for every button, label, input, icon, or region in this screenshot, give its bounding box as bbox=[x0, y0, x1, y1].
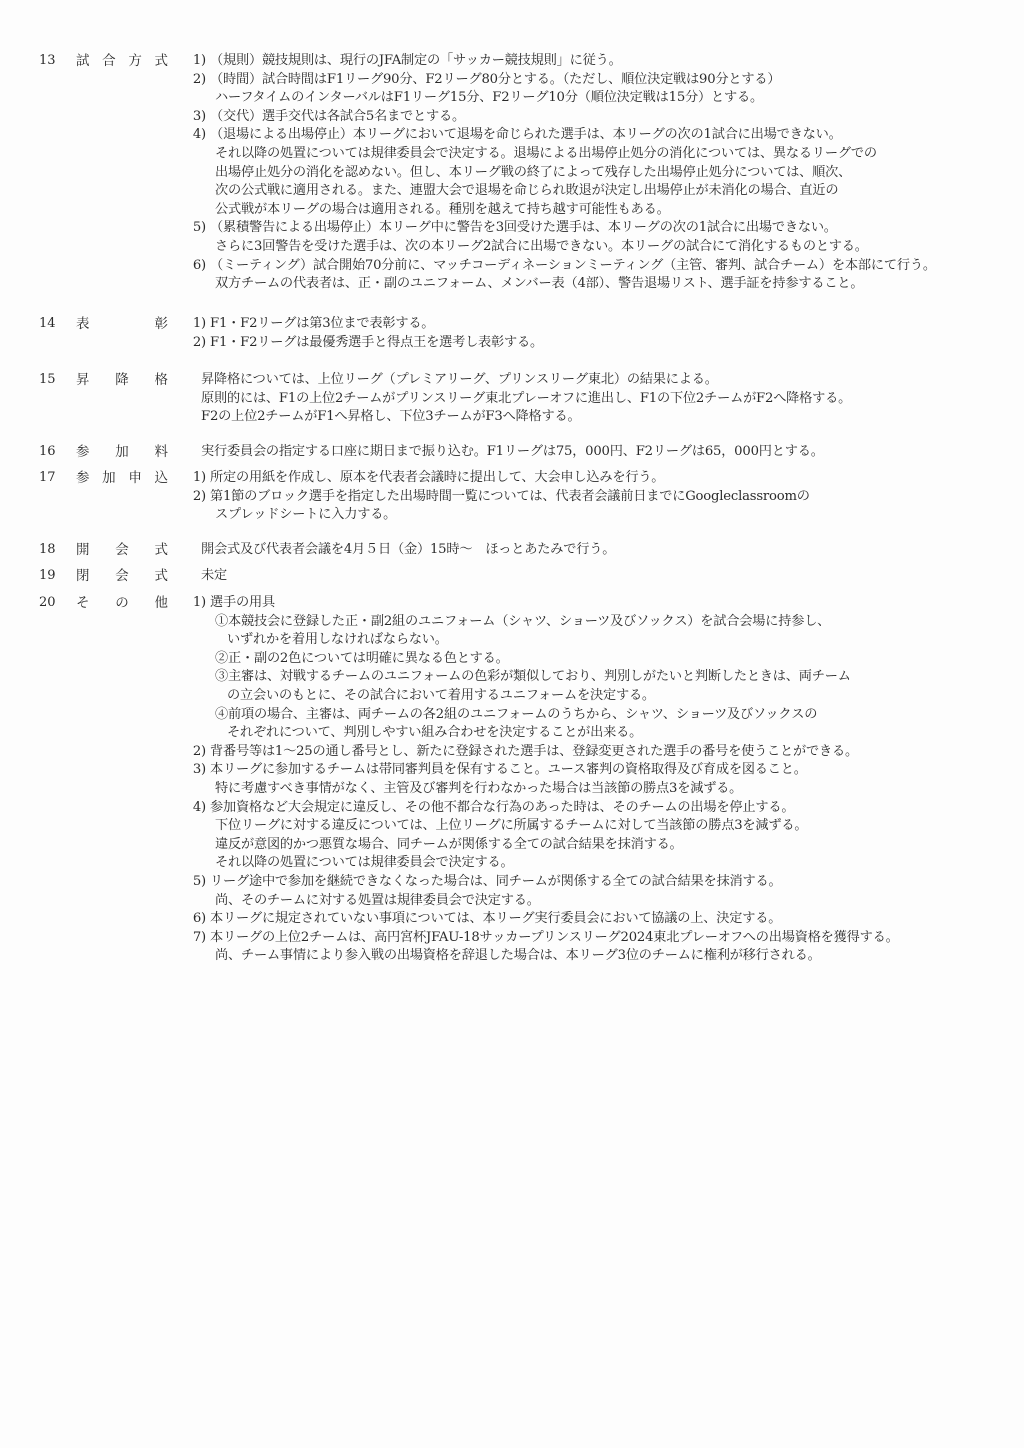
clause-text: スプレッドシートに入力する。 bbox=[215, 506, 396, 525]
clause-text: ①本競技会に登録した正・副2組のユニフォーム（シャツ、ショーツ及びソックス）を試… bbox=[215, 613, 830, 632]
section-label-char: の bbox=[115, 594, 129, 613]
clause-text: 次の公式戦に適用される。また、連盟大会で退場を命じられ敗退が決定し出場停止が未消… bbox=[215, 182, 838, 201]
clause-line: 3)本リーグに参加するチームは帯同審判員を保有すること。ユース審判の資格取得及び… bbox=[188, 761, 1008, 780]
clause-line: 6)（ミーティング）試合開始70分前に、マッチコーディネーションミーティング（主… bbox=[188, 257, 1008, 276]
clause-text: 昇降格については、上位リーグ（プレミアリーグ、プリンスリーグ東北）の結果による。 bbox=[201, 371, 718, 390]
section-number: 16 bbox=[39, 443, 69, 462]
clause-line: 4)参加資格など大会規定に違反し、その他不都合な行為のあった時は、そのチームの出… bbox=[188, 799, 1008, 818]
section-20: 20その他1)選手の用具①本競技会に登録した正・副2組のユニフォーム（シャツ、シ… bbox=[0, 594, 1024, 966]
clause-line: 1)（規則）競技規則は、現行のJFA制定の「サッカー競技規則」に従う。 bbox=[188, 52, 1008, 71]
clause-text: 尚、チーム事情により参入戦の出場資格を辞退した場合は、本リーグ3位のチームに権利… bbox=[215, 947, 821, 966]
section-label-char: 開 bbox=[76, 541, 90, 560]
section-18: 18開会式開会式及び代表者会議を4月５日（金）15時～ ほっとあたみで行う。 bbox=[0, 541, 1024, 560]
clause-index: 5) bbox=[188, 873, 206, 892]
clause-line: 公式戦が本リーグの場合は適用される。種別を越えて持ち越す可能性もある。 bbox=[188, 201, 1008, 220]
clause-text: 所定の用紙を作成し、原本を代表者会議時に提出して、大会申し込みを行う。 bbox=[210, 469, 664, 488]
clause-text: （退場による出場停止）本リーグにおいて退場を命じられた選手は、本リーグの次の1試… bbox=[210, 126, 842, 145]
section-label: その他 bbox=[76, 594, 168, 613]
section-label-char: 合 bbox=[102, 52, 116, 71]
section-label-char: 込 bbox=[154, 469, 168, 488]
section-13: 13試合方式1)（規則）競技規則は、現行のJFA制定の「サッカー競技規則」に従う… bbox=[0, 52, 1024, 294]
clause-index: 3) bbox=[188, 761, 206, 780]
clause-text: リーグ途中で参加を継続できなくなった場合は、同チームが関係する全ての試合結果を抹… bbox=[210, 873, 781, 892]
clause-index: 6) bbox=[188, 257, 206, 276]
clause-line: いずれかを着用しなければならない。 bbox=[188, 631, 1008, 650]
clause-text: （規則）競技規則は、現行のJFA制定の「サッカー競技規則」に従う。 bbox=[210, 52, 622, 71]
clause-text: の立会いのもとに、その試合において着用するユニフォームを決定する。 bbox=[227, 687, 655, 706]
clause-line: ③主審は、対戦するチームのユニフォームの色彩が類似しており、判別しがたいと判断し… bbox=[188, 668, 1008, 687]
clause-line: 尚、そのチームに対する処置は規律委員会で決定する。 bbox=[188, 892, 1008, 911]
clause-text: 参加資格など大会規定に違反し、その他不都合な行為のあった時は、そのチームの出場を… bbox=[210, 799, 794, 818]
section-number: 13 bbox=[39, 52, 69, 71]
clause-line: 2)（時間）試合時間はF1リーグ90分、F2リーグ80分とする。（ただし、順位決… bbox=[188, 71, 1008, 90]
section-number: 15 bbox=[39, 371, 69, 390]
clause-line: それぞれについて、判別しやすい組み合わせを決定することが出来る。 bbox=[188, 724, 1008, 743]
section-body: 1)（規則）競技規則は、現行のJFA制定の「サッカー競技規則」に従う。2)（時間… bbox=[188, 52, 1008, 294]
clause-text: （交代）選手交代は各試合5名までとする。 bbox=[210, 108, 465, 127]
clause-text: ③主審は、対戦するチームのユニフォームの色彩が類似しており、判別しがたいと判断し… bbox=[215, 668, 851, 687]
section-label: 開会式 bbox=[76, 541, 168, 560]
section-number: 17 bbox=[39, 469, 69, 488]
clause-line: 5)リーグ途中で参加を継続できなくなった場合は、同チームが関係する全ての試合結果… bbox=[188, 873, 1008, 892]
section-label: 試合方式 bbox=[76, 52, 168, 71]
section-body: 昇降格については、上位リーグ（プレミアリーグ、プリンスリーグ東北）の結果による。… bbox=[188, 371, 1008, 427]
section-number: 20 bbox=[39, 594, 69, 613]
section-label-char: 参 bbox=[76, 443, 90, 462]
clause-line: 1)選手の用具 bbox=[188, 594, 1008, 613]
clause-text: 実行委員会の指定する口座に期日まで振り込む。F1リーグは75，000円、F2リー… bbox=[201, 443, 824, 462]
clause-index: 5) bbox=[188, 219, 206, 238]
clause-text: F2の上位2チームがF1へ昇格し、下位3チームがF3へ降格する。 bbox=[201, 408, 581, 427]
clause-line: ②正・副の2色については明確に異なる色とする。 bbox=[188, 650, 1008, 669]
section-label-char: 会 bbox=[115, 541, 129, 560]
section-number: 19 bbox=[39, 567, 69, 586]
clause-line: 未定 bbox=[188, 567, 1008, 586]
clause-text: 違反が意図的かつ悪質な場合、同チームが関係する全ての試合結果を抹消する。 bbox=[215, 836, 683, 855]
clause-line: の立会いのもとに、その試合において着用するユニフォームを決定する。 bbox=[188, 687, 1008, 706]
section-label: 表彰 bbox=[76, 315, 168, 334]
clause-index: 4) bbox=[188, 799, 206, 818]
section-16: 16参加料実行委員会の指定する口座に期日まで振り込む。F1リーグは75，000円… bbox=[0, 443, 1024, 462]
clause-line: ④前項の場合、主審は、両チームの各2組のユニフォームのうちから、シャツ、ショーツ… bbox=[188, 706, 1008, 725]
clause-text: 選手の用具 bbox=[210, 594, 275, 613]
clause-line: 双方チームの代表者は、正・副のユニフォーム、メンバー表（4部）、警告退場リスト、… bbox=[188, 275, 1008, 294]
clause-index: 4) bbox=[188, 126, 206, 145]
section-body: 1)選手の用具①本競技会に登録した正・副2組のユニフォーム（シャツ、ショーツ及び… bbox=[188, 594, 1008, 966]
clause-text: 本リーグに参加するチームは帯同審判員を保有すること。ユース審判の資格取得及び育成… bbox=[210, 761, 807, 780]
clause-text: さらに3回警告を受けた選手は、次の本リーグ2試合に出場できない。本リーグの試合に… bbox=[215, 238, 868, 257]
clause-index: 1) bbox=[188, 315, 206, 334]
section-body: 未定 bbox=[188, 567, 1008, 586]
clause-line: それ以降の処置については規律委員会で決定する。退場による出場停止処分の消化につい… bbox=[188, 145, 1008, 164]
clause-line: それ以降の処置については規律委員会で決定する。 bbox=[188, 854, 1008, 873]
clause-text: （時間）試合時間はF1リーグ90分、F2リーグ80分とする。（ただし、順位決定戦… bbox=[210, 71, 780, 90]
clause-line: 1)所定の用紙を作成し、原本を代表者会議時に提出して、大会申し込みを行う。 bbox=[188, 469, 1008, 488]
clause-text: F1・F2リーグは第3位まで表彰する。 bbox=[210, 315, 434, 334]
clause-index: 2) bbox=[188, 743, 206, 762]
clause-line: 特に考慮すべき事情がなく、主管及び審判を行わなかった場合は当該節の勝点3を減ずる… bbox=[188, 780, 1008, 799]
clause-text: 第1節のブロック選手を指定した出場時間一覧については、代表者会議前日までにGoo… bbox=[210, 488, 810, 507]
section-17: 17参加申込1)所定の用紙を作成し、原本を代表者会議時に提出して、大会申し込みを… bbox=[0, 469, 1024, 525]
section-label-char: 降 bbox=[115, 371, 129, 390]
clause-line: スプレッドシートに入力する。 bbox=[188, 506, 1008, 525]
clause-text: 公式戦が本リーグの場合は適用される。種別を越えて持ち越す可能性もある。 bbox=[215, 201, 670, 220]
clause-line: 2)F1・F2リーグは最優秀選手と得点王を選考し表彰する。 bbox=[188, 334, 1008, 353]
section-label-char: そ bbox=[76, 594, 90, 613]
clause-line: F2の上位2チームがF1へ昇格し、下位3チームがF3へ降格する。 bbox=[188, 408, 1008, 427]
clause-line: 7)本リーグの上位2チームは、高円宮杯JFAU-18サッカープリンスリーグ202… bbox=[188, 929, 1008, 948]
section-body: 開会式及び代表者会議を4月５日（金）15時～ ほっとあたみで行う。 bbox=[188, 541, 1008, 560]
section-label-char: 加 bbox=[102, 469, 116, 488]
clause-line: 実行委員会の指定する口座に期日まで振り込む。F1リーグは75，000円、F2リー… bbox=[188, 443, 1008, 462]
clause-line: さらに3回警告を受けた選手は、次の本リーグ2試合に出場できない。本リーグの試合に… bbox=[188, 238, 1008, 257]
section-label-char: 料 bbox=[155, 443, 169, 462]
clause-text: 背番号等は1～25の通し番号とし、新たに登録された選手は、登録変更された選手の番… bbox=[210, 743, 858, 762]
clause-text: 本リーグの上位2チームは、高円宮杯JFAU-18サッカープリンスリーグ2024東… bbox=[210, 929, 899, 948]
section-label: 参加申込 bbox=[76, 469, 168, 488]
clause-index: 1) bbox=[188, 594, 206, 613]
clause-text: （累積警告による出場停止）本リーグ中に警告を3回受けた選手は、本リーグの次の1試… bbox=[210, 219, 837, 238]
section-label-char: 閉 bbox=[76, 567, 90, 586]
clause-text: （ミーティング）試合開始70分前に、マッチコーディネーションミーティング（主管、… bbox=[210, 257, 936, 276]
clause-line: 5)（累積警告による出場停止）本リーグ中に警告を3回受けた選手は、本リーグの次の… bbox=[188, 219, 1008, 238]
section-label-char: 昇 bbox=[76, 371, 90, 390]
section-label-char: 方 bbox=[128, 52, 142, 71]
clause-index: 1) bbox=[188, 469, 206, 488]
clause-text: 尚、そのチームに対する処置は規律委員会で決定する。 bbox=[215, 892, 540, 911]
clause-index: 2) bbox=[188, 71, 206, 90]
section-label-char: 彰 bbox=[155, 315, 169, 334]
clause-text: 出場停止処分の消化を認めない。但し、本リーグ戦の終了によって残存した出場停止処分… bbox=[215, 164, 851, 183]
clause-text: 開会式及び代表者会議を4月５日（金）15時～ ほっとあたみで行う。 bbox=[201, 541, 615, 560]
section-label-char: 会 bbox=[115, 567, 129, 586]
clause-text: 双方チームの代表者は、正・副のユニフォーム、メンバー表（4部）、警告退場リスト、… bbox=[215, 275, 863, 294]
clause-line: 違反が意図的かつ悪質な場合、同チームが関係する全ての試合結果を抹消する。 bbox=[188, 836, 1008, 855]
clause-text: それ以降の処置については規律委員会で決定する。 bbox=[215, 854, 513, 873]
clause-text: ④前項の場合、主審は、両チームの各2組のユニフォームのうちから、シャツ、ショーツ… bbox=[215, 706, 817, 725]
section-body: 実行委員会の指定する口座に期日まで振り込む。F1リーグは75，000円、F2リー… bbox=[188, 443, 1008, 462]
section-label: 昇降格 bbox=[76, 371, 168, 390]
clause-line: 出場停止処分の消化を認めない。但し、本リーグ戦の終了によって残存した出場停止処分… bbox=[188, 164, 1008, 183]
section-19: 19閉会式未定 bbox=[0, 567, 1024, 586]
clause-line: 4)（退場による出場停止）本リーグにおいて退場を命じられた選手は、本リーグの次の… bbox=[188, 126, 1008, 145]
section-label-char: 格 bbox=[155, 371, 169, 390]
clause-text: 本リーグに規定されていない事項については、本リーグ実行委員会において協議の上、決… bbox=[210, 910, 781, 929]
section-number: 18 bbox=[39, 541, 69, 560]
clause-line: 1)F1・F2リーグは第3位まで表彰する。 bbox=[188, 315, 1008, 334]
section-label-char: 他 bbox=[155, 594, 169, 613]
clause-text: 下位リーグに対する違反については、上位リーグに所属するチームに対して当該節の勝点… bbox=[215, 817, 807, 836]
section-body: 1)所定の用紙を作成し、原本を代表者会議時に提出して、大会申し込みを行う。2)第… bbox=[188, 469, 1008, 525]
section-label: 閉会式 bbox=[76, 567, 168, 586]
section-15: 15昇降格昇降格については、上位リーグ（プレミアリーグ、プリンスリーグ東北）の結… bbox=[0, 371, 1024, 427]
clause-line: 下位リーグに対する違反については、上位リーグに所属するチームに対して当該節の勝点… bbox=[188, 817, 1008, 836]
section-label-char: 申 bbox=[128, 469, 142, 488]
section-label-char: 試 bbox=[76, 52, 90, 71]
clause-line: 6)本リーグに規定されていない事項については、本リーグ実行委員会において協議の上… bbox=[188, 910, 1008, 929]
section-label-char: 式 bbox=[155, 567, 169, 586]
clause-line: 2)背番号等は1～25の通し番号とし、新たに登録された選手は、登録変更された選手… bbox=[188, 743, 1008, 762]
clause-index: 2) bbox=[188, 488, 206, 507]
section-label-char: 式 bbox=[154, 52, 168, 71]
clause-text: ②正・副の2色については明確に異なる色とする。 bbox=[215, 650, 509, 669]
clause-line: ハーフタイムのインターバルはF1リーグ15分、F2リーグ10分（順位決定戦は15… bbox=[188, 89, 1008, 108]
clause-line: 2)第1節のブロック選手を指定した出場時間一覧については、代表者会議前日までにG… bbox=[188, 488, 1008, 507]
clause-index: 6) bbox=[188, 910, 206, 929]
clause-index: 2) bbox=[188, 334, 206, 353]
section-label: 参加料 bbox=[76, 443, 168, 462]
clause-line: 3)（交代）選手交代は各試合5名までとする。 bbox=[188, 108, 1008, 127]
clause-line: ①本競技会に登録した正・副2組のユニフォーム（シャツ、ショーツ及びソックス）を試… bbox=[188, 613, 1008, 632]
clause-line: 原則的には、F1の上位2チームがプリンスリーグ東北プレーオフに進出し、F1の下位… bbox=[188, 390, 1008, 409]
clause-index: 1) bbox=[188, 52, 206, 71]
clause-line: 開会式及び代表者会議を4月５日（金）15時～ ほっとあたみで行う。 bbox=[188, 541, 1008, 560]
section-label-char: 式 bbox=[155, 541, 169, 560]
clause-text: 未定 bbox=[201, 567, 227, 586]
section-14: 14表彰1)F1・F2リーグは第3位まで表彰する。2)F1・F2リーグは最優秀選… bbox=[0, 315, 1024, 352]
clause-text: F1・F2リーグは最優秀選手と得点王を選考し表彰する。 bbox=[210, 334, 543, 353]
section-label-char: 表 bbox=[76, 315, 90, 334]
clause-text: いずれかを着用しなければならない。 bbox=[227, 631, 448, 650]
clause-index: 7) bbox=[188, 929, 206, 948]
clause-text: 原則的には、F1の上位2チームがプリンスリーグ東北プレーオフに進出し、F1の下位… bbox=[201, 390, 851, 409]
section-label-char: 参 bbox=[76, 469, 90, 488]
clause-text: それぞれについて、判別しやすい組み合わせを決定することが出来る。 bbox=[227, 724, 642, 743]
clause-line: 次の公式戦に適用される。また、連盟大会で退場を命じられ敗退が決定し出場停止が未消… bbox=[188, 182, 1008, 201]
section-label-char: 加 bbox=[115, 443, 129, 462]
clause-line: 昇降格については、上位リーグ（プレミアリーグ、プリンスリーグ東北）の結果による。 bbox=[188, 371, 1008, 390]
clause-text: ハーフタイムのインターバルはF1リーグ15分、F2リーグ10分（順位決定戦は15… bbox=[215, 89, 763, 108]
clause-text: 特に考慮すべき事情がなく、主管及び審判を行わなかった場合は当該節の勝点3を減ずる… bbox=[215, 780, 742, 799]
clause-text: それ以降の処置については規律委員会で決定する。退場による出場停止処分の消化につい… bbox=[215, 145, 877, 164]
clause-index: 3) bbox=[188, 108, 206, 127]
section-body: 1)F1・F2リーグは第3位まで表彰する。2)F1・F2リーグは最優秀選手と得点… bbox=[188, 315, 1008, 352]
section-number: 14 bbox=[39, 315, 69, 334]
clause-line: 尚、チーム事情により参入戦の出場資格を辞退した場合は、本リーグ3位のチームに権利… bbox=[188, 947, 1008, 966]
